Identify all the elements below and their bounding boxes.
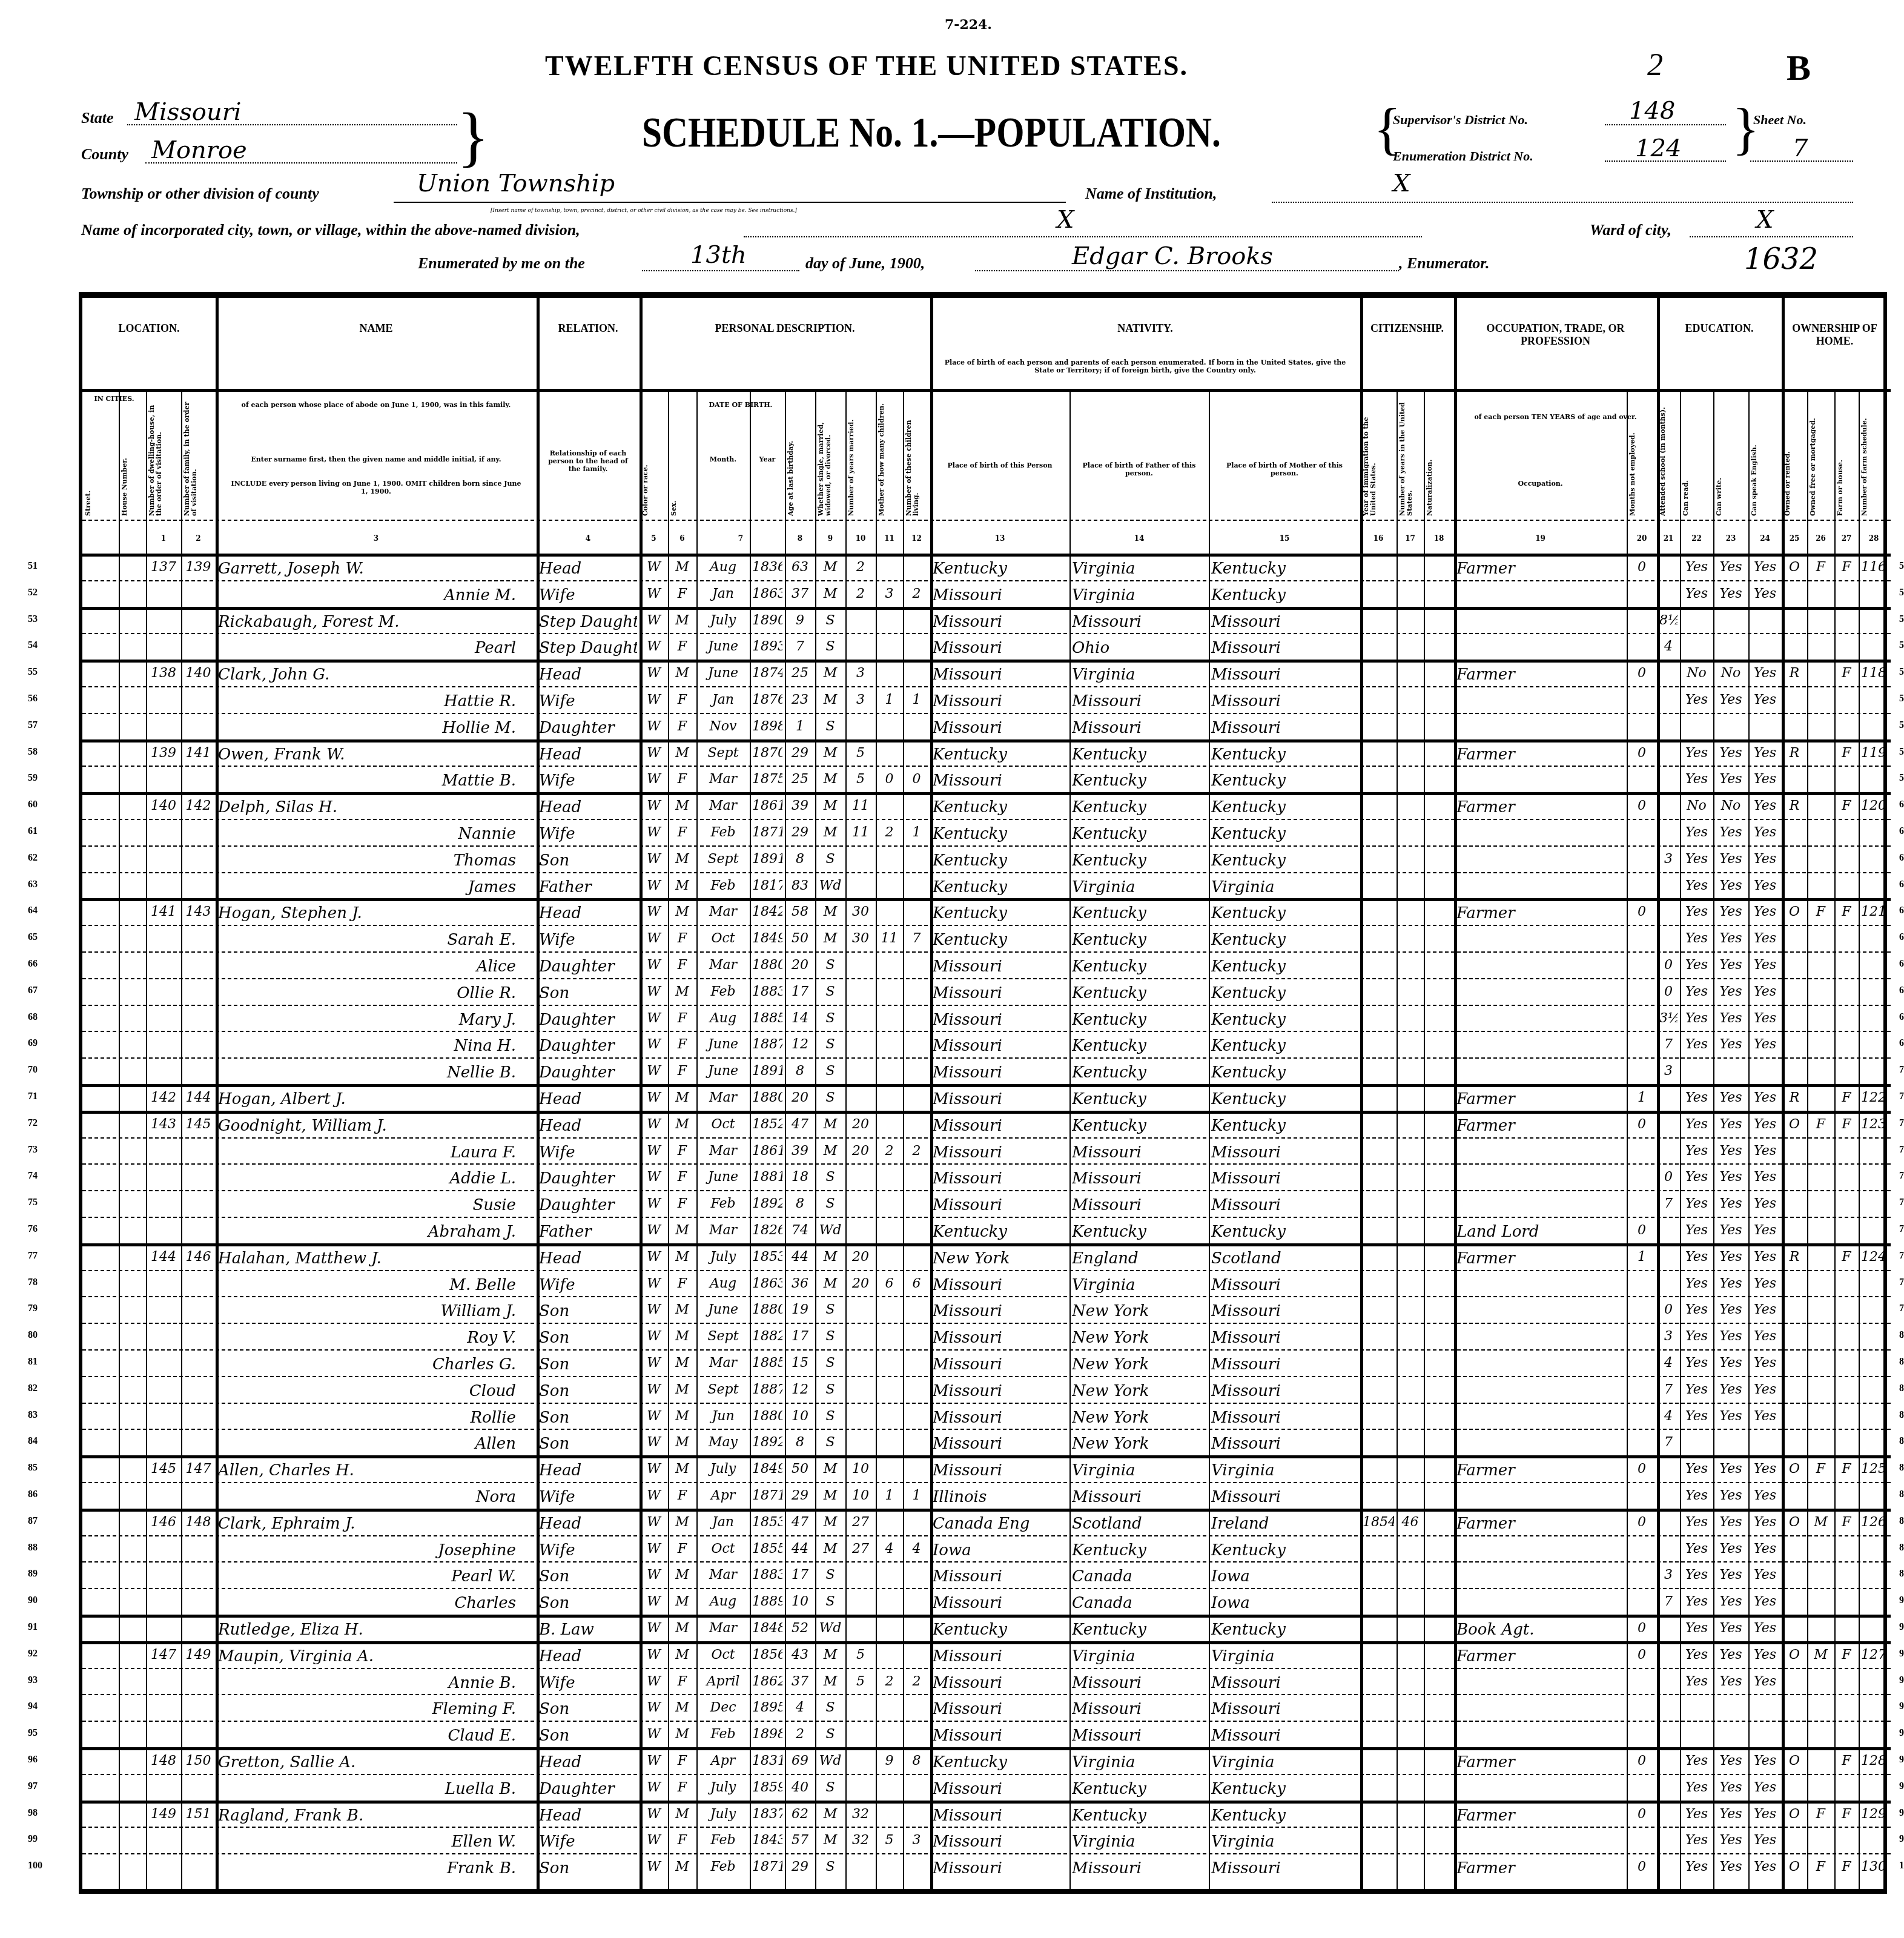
cell-father: Missouri (1072, 614, 1206, 630)
cell-relation: Head (539, 1463, 637, 1478)
cell-father: Virginia (1072, 1834, 1206, 1850)
cell-marital: S (818, 1410, 843, 1423)
column-header-unemployed: Months not employed. (1629, 401, 1654, 516)
cell-marital: M (818, 1251, 843, 1264)
cell-relation: Father (539, 1224, 637, 1240)
line-number: 93 (1899, 1675, 1904, 1686)
cell-year: 1817 (752, 879, 782, 893)
column-header-farm: Farm or house. (1837, 401, 1856, 516)
cell-english: Yes (1751, 1277, 1779, 1291)
cell-write: Yes (1716, 773, 1746, 786)
cell-name: Luella B. (218, 1781, 534, 1797)
cell-mother: Missouri (1211, 1357, 1358, 1372)
cell-year: 1885 (752, 1012, 782, 1025)
cell-relation: Son (539, 1303, 637, 1319)
cell-mother: Missouri (1211, 1197, 1358, 1213)
line-number: 79 (1899, 1303, 1904, 1314)
cell-unemployed: 0 (1629, 1463, 1654, 1476)
row-divider (82, 1163, 1891, 1165)
cell-color: W (642, 1649, 666, 1662)
cell-write: Yes (1716, 1808, 1746, 1821)
cell-english: Yes (1751, 826, 1779, 839)
cell-read: Yes (1682, 1251, 1711, 1264)
cell-father: Canada (1072, 1569, 1206, 1584)
cell-dwelling: 137 (148, 561, 179, 574)
township-value: Union Township (417, 170, 615, 197)
cell-year: 1885 (752, 1357, 782, 1370)
cell-month: Mar (699, 1224, 747, 1237)
row-divider (82, 819, 1891, 820)
cell-relation: Head (539, 1516, 637, 1532)
line-number: 95 (1899, 1728, 1904, 1739)
cell-relation: Wife (539, 1834, 637, 1850)
cell-schedule: 125 (1861, 1463, 1886, 1476)
cell-year: 1848 (752, 1622, 782, 1635)
cell-write: Yes (1716, 747, 1746, 760)
cell-age: 29 (787, 1860, 813, 1874)
cell-sex: F (670, 932, 694, 945)
cell-sex: F (670, 959, 694, 972)
cell-mother: Missouri (1211, 1489, 1358, 1505)
cell-owned: O (1784, 1649, 1805, 1662)
cell-marital: M (818, 1675, 843, 1688)
cell-color: W (642, 1145, 666, 1158)
row-divider (82, 713, 1891, 714)
cell-marital: S (818, 1383, 843, 1397)
cell-age: 36 (787, 1277, 813, 1291)
cell-name: Nina H. (218, 1038, 534, 1054)
cell-father: Virginia (1072, 1649, 1206, 1664)
cell-month: Feb (699, 1834, 747, 1847)
cell-father: Kentucky (1072, 1224, 1206, 1240)
cell-month: Mar (699, 1569, 747, 1582)
row-divider (82, 1721, 1891, 1722)
cell-year: 1842 (752, 905, 782, 919)
column-number: 10 (845, 534, 876, 543)
cell-birth: Missouri (933, 1595, 1067, 1611)
line-number: 89 (1899, 1569, 1904, 1579)
column-number: 15 (1209, 534, 1360, 543)
cell-marital: S (818, 614, 843, 627)
cell-father: Kentucky (1072, 1118, 1206, 1134)
cell-age: 44 (787, 1543, 813, 1556)
column-divider (668, 389, 669, 1891)
cell-relation: Daughter (539, 1171, 637, 1186)
cell-birth: Kentucky (933, 1622, 1067, 1638)
cell-relation: Wife (539, 1675, 637, 1691)
cell-color: W (642, 1224, 666, 1237)
cell-english: Yes (1751, 905, 1779, 919)
cell-mother: Kentucky (1211, 905, 1358, 921)
cell-birth: Missouri (933, 1171, 1067, 1186)
cell-name: Pearl W. (218, 1569, 534, 1584)
cell-school: 4 (1659, 1357, 1678, 1370)
ward-label: Ward of city, (1590, 221, 1671, 239)
cell-read: Yes (1682, 1569, 1711, 1582)
county-label: County (81, 145, 128, 164)
enumeration-label: Enumeration District No. (1393, 148, 1533, 164)
cell-father: Kentucky (1072, 1038, 1206, 1054)
cell-birth: Missouri (933, 1569, 1067, 1584)
column-number: 1 (146, 534, 181, 543)
cell-year: 1893 (752, 640, 782, 653)
cell-sex: F (670, 720, 694, 733)
birth-mother-label: Place of birth of Mother of this person. (1215, 461, 1354, 477)
cell-year: 1855 (752, 1543, 782, 1556)
cell-name: Rollie (218, 1410, 534, 1426)
cell-age: 8 (787, 853, 813, 866)
cell-write: Yes (1716, 561, 1746, 574)
cell-owned: O (1784, 1516, 1805, 1529)
line-number: 85 (1899, 1463, 1904, 1473)
cell-school: 4 (1659, 1410, 1678, 1423)
line-number: 99 (1899, 1834, 1904, 1845)
cell-father: Virginia (1072, 879, 1206, 895)
cell-color: W (642, 1860, 666, 1874)
cell-read: Yes (1682, 773, 1711, 786)
cell-write: No (1716, 667, 1746, 680)
column-divider (1713, 389, 1714, 1891)
cell-father: Kentucky (1072, 773, 1206, 789)
cell-month: Dec (699, 1701, 747, 1715)
cell-age: 50 (787, 932, 813, 945)
cell-color: W (642, 640, 666, 653)
row-divider (82, 925, 1891, 926)
cell-owned: R (1784, 747, 1805, 760)
cell-yrs-married: 20 (848, 1118, 873, 1131)
row-divider (82, 1482, 1891, 1483)
cell-dwelling: 140 (148, 799, 179, 813)
cell-farm: F (1837, 561, 1856, 574)
cell-month: Apr (699, 1489, 747, 1503)
cell-birth: Missouri (933, 1303, 1067, 1319)
cell-sex: F (670, 1754, 694, 1768)
cell-marital: M (818, 1543, 843, 1556)
cell-month: Oct (699, 1543, 747, 1556)
cell-read: Yes (1682, 1330, 1711, 1343)
cell-sex: M (670, 1357, 694, 1370)
cell-read: Yes (1682, 747, 1711, 760)
cell-birth: Missouri (933, 1038, 1067, 1054)
row-divider (82, 1429, 1891, 1430)
cell-father: Kentucky (1072, 985, 1206, 1001)
cell-mother: Kentucky (1211, 1224, 1358, 1240)
cell-mortgaged: F (1810, 1860, 1832, 1874)
cell-age: 47 (787, 1118, 813, 1131)
cell-birth: Kentucky (933, 561, 1067, 577)
cell-english: Yes (1751, 1489, 1779, 1503)
row-divider (82, 951, 1891, 953)
cell-birth: Kentucky (933, 826, 1067, 842)
stamp-number: 1632 (1744, 242, 1818, 276)
cell-read: Yes (1682, 693, 1711, 707)
cell-relation: Wife (539, 693, 637, 709)
line-number: 52 (1899, 587, 1904, 598)
cell-age: 12 (787, 1383, 813, 1397)
cell-name: Halahan, Matthew J. (218, 1251, 534, 1266)
cell-marital: S (818, 1701, 843, 1715)
cell-family: 150 (183, 1754, 213, 1768)
row-divider (82, 1349, 1891, 1351)
cell-english: Yes (1751, 1038, 1779, 1051)
cell-read: Yes (1682, 1197, 1711, 1211)
cell-color: W (642, 1383, 666, 1397)
row-divider (82, 1641, 1891, 1644)
cell-age: 8 (787, 1065, 813, 1078)
row-divider (82, 1243, 1891, 1246)
cell-marital: S (818, 1171, 843, 1184)
document-title: TWELFTH CENSUS OF THE UNITED STATES. (545, 50, 1188, 82)
line-number: 92 (1899, 1649, 1904, 1659)
cell-family: 151 (183, 1808, 213, 1821)
cell-yrs-married: 2 (848, 561, 873, 574)
cell-color: W (642, 667, 666, 680)
cell-month: June (699, 1171, 747, 1184)
cell-birth: Missouri (933, 959, 1067, 974)
cell-mother: Virginia (1211, 1754, 1358, 1770)
cell-english: Yes (1751, 561, 1779, 574)
cell-sex: F (670, 1065, 694, 1078)
cell-living: 2 (905, 1675, 928, 1688)
cell-read: Yes (1682, 1145, 1711, 1158)
cell-read: Yes (1682, 1357, 1711, 1370)
cell-name: Hattie R. (218, 693, 534, 709)
cell-living: 6 (905, 1277, 928, 1291)
cell-mother-of: 9 (878, 1754, 901, 1768)
cell-month: Jan (699, 1516, 747, 1529)
cell-read: Yes (1682, 1463, 1711, 1476)
cell-write: Yes (1716, 1463, 1746, 1476)
cell-sex: M (670, 1569, 694, 1582)
cell-english: Yes (1751, 1118, 1779, 1131)
cell-mother: Kentucky (1211, 1543, 1358, 1558)
cell-unemployed: 0 (1629, 799, 1654, 813)
cell-mother: Missouri (1211, 693, 1358, 709)
cell-unemployed: 1 (1629, 1251, 1654, 1264)
line-number: 66 (28, 959, 38, 970)
cell-marital: S (818, 1038, 843, 1051)
cell-name: Mattie B. (218, 773, 534, 789)
column-number: 25 (1782, 534, 1807, 543)
cell-mother-of: 2 (878, 826, 901, 839)
cell-color: W (642, 1357, 666, 1370)
column-number: 12 (903, 534, 930, 543)
cell-color: W (642, 932, 666, 945)
cell-marital: M (818, 747, 843, 760)
row-divider (82, 1190, 1891, 1191)
cell-sex: M (670, 1808, 694, 1821)
section-heading-ownership: OWNERSHIP OF HOME. (1782, 322, 1888, 348)
cell-write: Yes (1716, 826, 1746, 839)
line-number: 71 (1899, 1091, 1904, 1102)
row-divider (82, 1403, 1891, 1404)
cell-age: 20 (787, 1091, 813, 1105)
line-number: 67 (28, 985, 38, 996)
cell-age: 10 (787, 1595, 813, 1609)
header-rule (82, 554, 1891, 557)
cell-marital: M (818, 1516, 843, 1529)
cell-school: 3½ (1659, 1012, 1678, 1025)
cell-birth: Missouri (933, 1649, 1067, 1664)
cell-birth: Missouri (933, 985, 1067, 1001)
cell-sex: F (670, 693, 694, 707)
cell-father: New York (1072, 1436, 1206, 1452)
state-value: Missouri (134, 98, 242, 126)
cell-sex: M (670, 1330, 694, 1343)
cell-relation: Head (539, 1091, 637, 1107)
column-header-english: Can speak English. (1751, 401, 1779, 516)
cell-name: James (218, 879, 534, 895)
cell-year: 1870 (752, 747, 782, 760)
column-number: 5 (640, 534, 668, 543)
cell-month: Feb (699, 985, 747, 999)
cell-year: 1863 (752, 587, 782, 601)
cell-father: Virginia (1072, 1277, 1206, 1293)
cell-father: Virginia (1072, 667, 1206, 683)
cell-yrs-married: 20 (848, 1277, 873, 1291)
cell-unemployed: 0 (1629, 1808, 1654, 1821)
cell-relation: Daughter (539, 1038, 637, 1054)
line-number: 78 (1899, 1277, 1904, 1288)
cell-age: 4 (787, 1701, 813, 1715)
cell-dwelling: 145 (148, 1463, 179, 1476)
line-number: 97 (28, 1781, 38, 1792)
cell-mother: Scotland (1211, 1251, 1358, 1266)
cell-mother: Kentucky (1211, 1622, 1358, 1638)
cell-age: 2 (787, 1728, 813, 1741)
line-number: 56 (28, 693, 38, 704)
cell-occupation: Farmer (1456, 1463, 1624, 1478)
cell-year: 1882 (752, 1330, 782, 1343)
line-number: 84 (1899, 1436, 1904, 1447)
line-number: 79 (28, 1303, 38, 1314)
date-of-birth-label: DATE OF BIRTH. (696, 401, 785, 409)
cell-month: Mar (699, 1357, 747, 1370)
cell-english: Yes (1751, 959, 1779, 972)
enumerator-label: , Enumerator. (1399, 254, 1490, 273)
cell-school: 7 (1659, 1436, 1678, 1449)
section-heading-occupation: OCCUPATION, TRADE, OR PROFESSION (1454, 322, 1657, 348)
cell-marital: M (818, 1649, 843, 1662)
cell-year: 1898 (752, 1728, 782, 1741)
cell-year: 1863 (752, 1277, 782, 1291)
cell-english: Yes (1751, 1357, 1779, 1370)
cell-month: July (699, 1781, 747, 1794)
column-header-family: Number of family, in the order of visita… (183, 401, 213, 516)
row-divider (82, 1801, 1891, 1804)
name-description: of each person whose place of abode on J… (222, 401, 531, 409)
cell-father: Kentucky (1072, 1622, 1206, 1638)
line-number: 51 (28, 561, 38, 572)
column-header-sex: Sex. (670, 401, 694, 516)
cell-name: Ollie R. (218, 985, 534, 1001)
cell-name: Laura F. (218, 1145, 534, 1160)
line-number: 90 (28, 1595, 38, 1606)
cell-owned: R (1784, 1251, 1805, 1264)
line-number: 62 (28, 853, 38, 864)
cell-mortgaged: F (1810, 905, 1832, 919)
cell-father: Kentucky (1072, 1808, 1206, 1824)
cell-father: Kentucky (1072, 853, 1206, 868)
cell-english: Yes (1751, 1649, 1779, 1662)
column-number: 9 (815, 534, 845, 543)
cell-color: W (642, 1808, 666, 1821)
cell-write: Yes (1716, 1410, 1746, 1423)
cell-unemployed: 0 (1629, 1622, 1654, 1635)
cell-yrs-married: 27 (848, 1516, 873, 1529)
cell-unemployed: 0 (1629, 747, 1654, 760)
cell-month: Feb (699, 1860, 747, 1874)
cell-month: Aug (699, 1595, 747, 1609)
line-number: 72 (28, 1118, 38, 1129)
cell-yrs-married: 2 (848, 587, 873, 601)
cell-year: 1880 (752, 1091, 782, 1105)
row-divider (82, 1694, 1891, 1695)
line-number: 62 (1899, 853, 1904, 864)
cell-color: W (642, 799, 666, 813)
cell-relation: Daughter (539, 1012, 637, 1028)
cell-father: Missouri (1072, 1145, 1206, 1160)
line-number: 100 (28, 1860, 42, 1871)
cell-schedule: 124 (1861, 1251, 1886, 1264)
cell-month: Mar (699, 959, 747, 972)
cell-mother-of: 1 (878, 1489, 901, 1503)
cell-sex: F (670, 1277, 694, 1291)
row-divider (82, 1561, 1891, 1563)
cell-year: 1861 (752, 799, 782, 813)
cell-read: Yes (1682, 1675, 1711, 1688)
cell-relation: Daughter (539, 1065, 637, 1080)
cell-mother-of: 11 (878, 932, 901, 945)
cell-read: Yes (1682, 1224, 1711, 1237)
cell-english: Yes (1751, 1675, 1779, 1688)
cell-marital: M (818, 1277, 843, 1291)
cell-age: 12 (787, 1038, 813, 1051)
row-divider (82, 1217, 1891, 1218)
cell-relation: Wife (539, 1543, 637, 1558)
cell-write: Yes (1716, 1197, 1746, 1211)
cell-year: 1889 (752, 1595, 782, 1609)
cell-mother: Missouri (1211, 614, 1358, 630)
cell-name: Gretton, Sallie A. (218, 1754, 534, 1770)
cell-age: 9 (787, 614, 813, 627)
cell-year: 1892 (752, 1197, 782, 1211)
cell-month: June (699, 640, 747, 653)
cell-write: Yes (1716, 1781, 1746, 1794)
cell-write: Yes (1716, 1595, 1746, 1609)
cell-family: 141 (183, 747, 213, 760)
cell-name: Roy V. (218, 1330, 534, 1346)
cell-relation: Head (539, 1754, 637, 1770)
row-divider (82, 792, 1891, 795)
cell-color: W (642, 1781, 666, 1794)
cell-yrs-married: 5 (848, 1649, 873, 1662)
cell-father: Virginia (1072, 561, 1206, 577)
cell-year: 1843 (752, 1834, 782, 1847)
row-divider (82, 766, 1891, 767)
cell-schedule: 130 (1861, 1860, 1886, 1874)
column-number: 11 (876, 534, 903, 543)
line-number: 90 (1899, 1595, 1904, 1606)
cell-occupation: Farmer (1456, 1516, 1624, 1532)
cell-father: Kentucky (1072, 799, 1206, 815)
cell-mother: Missouri (1211, 1330, 1358, 1346)
cell-marital: S (818, 720, 843, 733)
line-number: 71 (28, 1091, 38, 1102)
cell-birth: Kentucky (933, 747, 1067, 762)
cell-age: 23 (787, 693, 813, 707)
cell-birth: Kentucky (933, 1224, 1067, 1240)
